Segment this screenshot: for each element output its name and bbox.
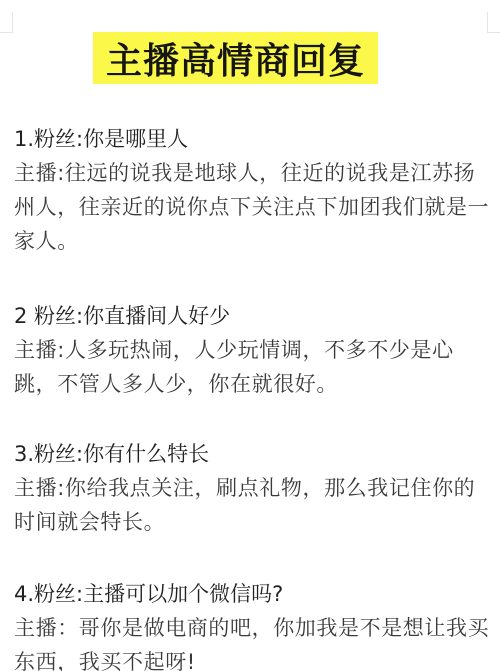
- fan-question: 1.粉丝:你是哪里人: [14, 122, 490, 156]
- qa-item-1: 1.粉丝:你是哪里人 主播:往远的说我是地球人，往近的说我是江苏扬州人，往亲近的…: [14, 122, 490, 258]
- fan-question: 3.粉丝:你有什么特长: [14, 437, 490, 471]
- page-title: 主播高情商回复: [106, 33, 365, 84]
- page-corner-mark-right: [487, 12, 500, 33]
- page-corner-mark-left: [0, 12, 13, 33]
- title-highlight: 主播高情商回复: [93, 32, 378, 84]
- fan-question: 2 粉丝:你直播间人好少: [14, 299, 490, 333]
- streamer-answer: 主播:往远的说我是地球人，往近的说我是江苏扬州人，往亲近的说你点下关注点下加团我…: [14, 156, 490, 258]
- streamer-answer: 主播:你给我点关注，刷点礼物，那么我记住你的时间就会特长。: [14, 471, 490, 539]
- qa-item-4: 4.粉丝:主播可以加个微信吗? 主播：哥你是做电商的吧，你加我是不是想让我买东西…: [14, 577, 490, 671]
- streamer-answer: 主播：哥你是做电商的吧，你加我是不是想让我买东西，我买不起呀!: [14, 611, 490, 671]
- fan-question: 4.粉丝:主播可以加个微信吗?: [14, 577, 490, 611]
- qa-item-2: 2 粉丝:你直播间人好少 主播:人多玩热闹，人少玩情调，不多不少是心跳，不管人多…: [14, 299, 490, 401]
- qa-item-3: 3.粉丝:你有什么特长 主播:你给我点关注，刷点礼物，那么我记住你的时间就会特长…: [14, 437, 490, 539]
- streamer-answer: 主播:人多玩热闹，人少玩情调，不多不少是心跳，不管人多人少，你在就很好。: [14, 333, 490, 401]
